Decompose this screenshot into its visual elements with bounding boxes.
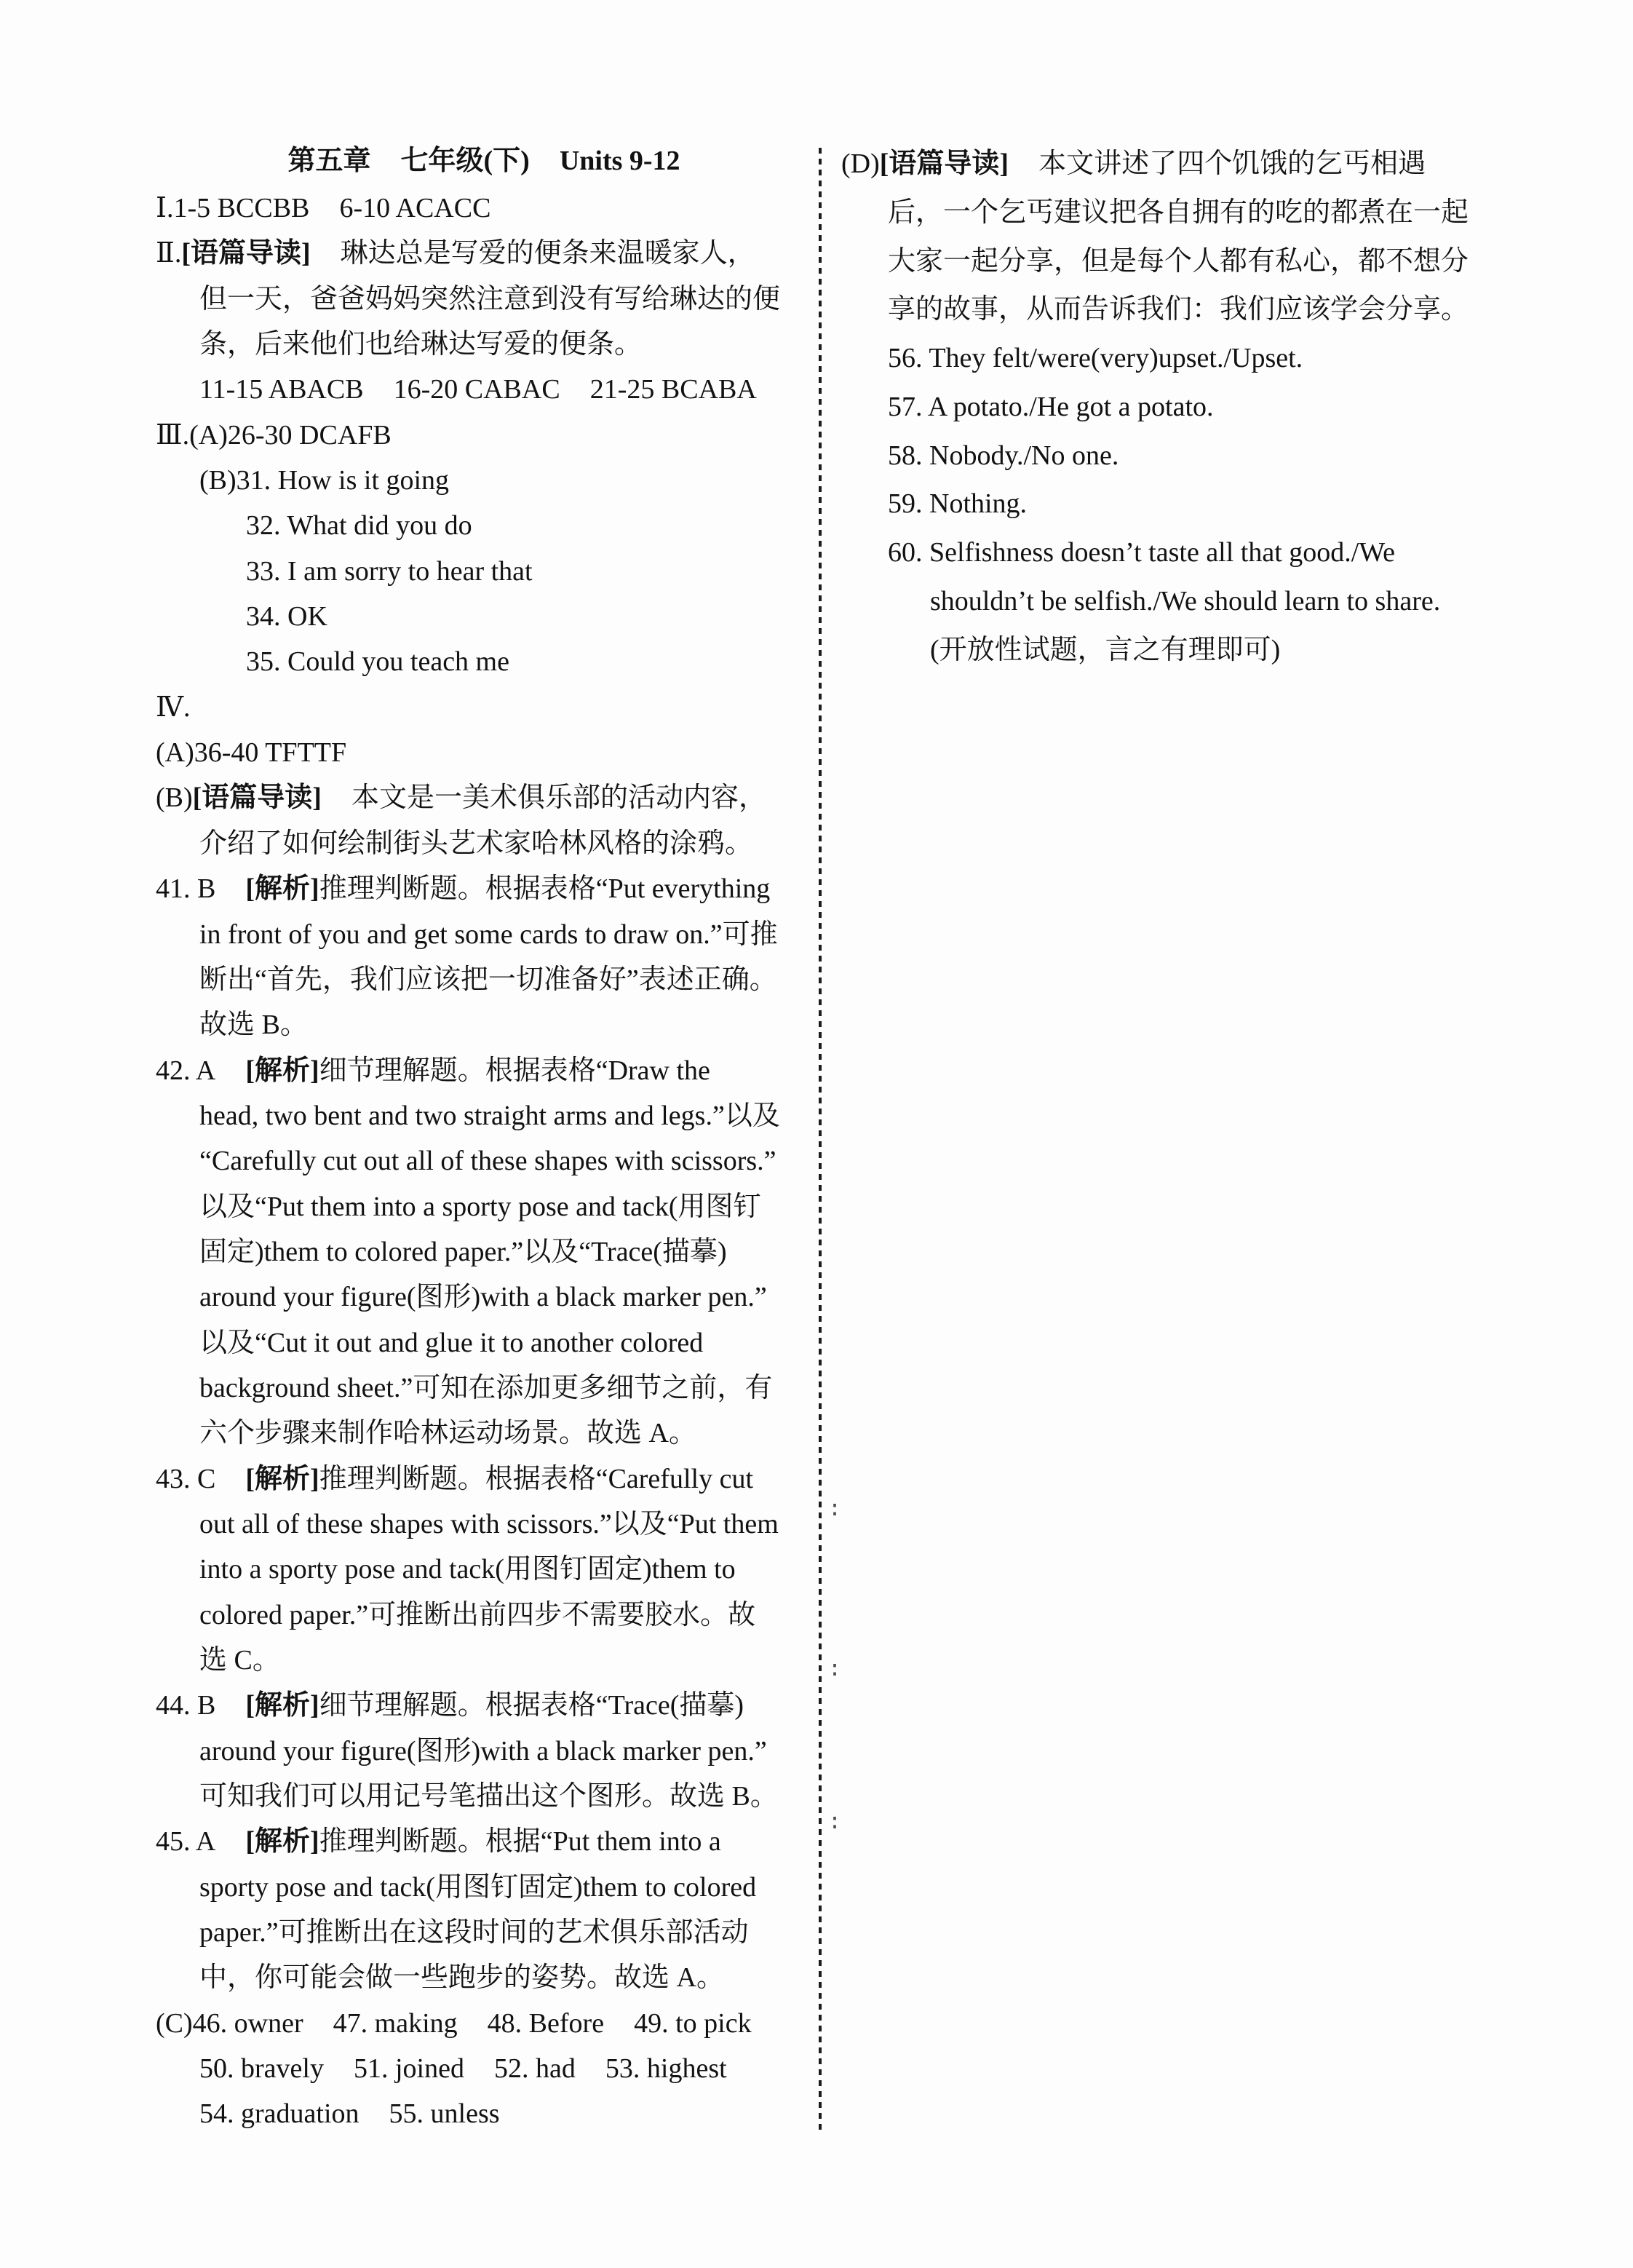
text-segment: (B)31. How is it going: [199, 465, 449, 496]
text-segment: 55. unless: [389, 2098, 500, 2129]
text-segment: colored paper.”可推断出前四步不需要胶水。故: [199, 1600, 755, 1630]
scan-artifact: :: [828, 1498, 841, 1520]
text-line: (C)46. owner47. making48. Before49. to p…: [156, 2001, 814, 2046]
text-segment: Ⅲ.(A)26-30 DCAFB: [156, 420, 392, 451]
text-line: Ⅱ.[语篇导读]琳达总是写爱的便条来温暖家人，: [156, 231, 814, 276]
left-column: Ⅰ.1-5 BCCBB6-10 ACACCⅡ.[语篇导读]琳达总是写爱的便条来温…: [156, 186, 814, 2151]
text-line: 固定)them to colored paper.”以及“Trace(描摹): [156, 1229, 814, 1274]
bold-label: [语篇导读]: [193, 782, 322, 813]
text-segment: 介绍了如何绘制街头艺术家哈林风格的涂鸦。: [199, 828, 752, 859]
text-segment: 以及“Cut it out and glue it to another col…: [199, 1328, 703, 1358]
text-segment: 可知我们可以用记号笔描出这个图形。故选 B。: [199, 1781, 778, 1812]
text-segment: 但一天，爸爸妈妈突然注意到没有写给琳达的便: [199, 284, 780, 314]
text-line: shouldn’t be selfish./We should learn to…: [841, 577, 1503, 626]
text-segment: 中，你可能会做一些跑步的姿势。故选 A。: [199, 1962, 724, 1993]
text-segment: 57. A potato./He got a potato.: [888, 392, 1214, 422]
text-line: 条，后来他们也给琳达写爱的便条。: [156, 322, 814, 367]
text-segment: 条，后来他们也给琳达写爱的便条。: [199, 329, 642, 360]
text-segment: Ⅳ.: [156, 692, 190, 723]
text-line: Ⅰ.1-5 BCCBB6-10 ACACC: [156, 186, 814, 231]
text-segment: 41. B: [156, 873, 215, 904]
text-line: 大家一起分享，但是每个人都有私心，都不想分: [841, 237, 1503, 286]
text-segment: (D): [841, 148, 880, 179]
text-line: 11-15 ABACB16-20 CABAC21-25 BCABA: [156, 367, 814, 412]
scan-artifact: :: [828, 1658, 841, 1680]
text-segment: 故选 B。: [199, 1010, 308, 1040]
text-segment: 53. highest: [605, 2053, 727, 2084]
text-segment: shouldn’t be selfish./We should learn to…: [930, 586, 1440, 616]
text-segment: 49. to pick: [634, 2008, 751, 2039]
text-segment: out all of these shapes with scissors.”以…: [199, 1509, 779, 1539]
text-line: 故选 B。: [156, 1002, 814, 1047]
text-line: (D)[语篇导读]本文讲述了四个饥饿的乞丐相遇: [841, 140, 1503, 189]
text-segment: 细节理解题。根据表格“Trace(描摹): [319, 1690, 744, 1721]
text-line: 以及“Put them into a sporty pose and tack(…: [156, 1184, 814, 1229]
text-segment: around your figure(图形)with a black marke…: [199, 1282, 767, 1312]
text-segment: 54. graduation: [199, 2098, 359, 2129]
text-segment: “Carefully cut out all of these shapes w…: [199, 1146, 776, 1176]
text-segment: 51. joined: [354, 2053, 464, 2084]
text-segment: 50. bravely: [199, 2053, 324, 2084]
text-line: 以及“Cut it out and glue it to another col…: [156, 1320, 814, 1365]
text-line: 六个步骤来制作哈林运动场景。故选 A。: [156, 1411, 814, 1456]
text-line: 断出“首先，我们应该把一切准备好”表述正确。: [156, 957, 814, 1002]
bold-label: 七年级(下): [400, 146, 529, 176]
text-segment: background sheet.”可知在添加更多细节之前，有: [199, 1373, 772, 1403]
column-divider: [819, 148, 822, 2133]
text-line: 33. I am sorry to hear that: [156, 549, 814, 594]
text-segment: 32. What did you do: [246, 510, 472, 541]
text-segment: 大家一起分享，但是每个人都有私心，都不想分: [888, 246, 1469, 277]
text-segment: sporty pose and tack(用图钉固定)them to color…: [199, 1872, 756, 1903]
text-line: (A)36-40 TFTTF: [156, 730, 814, 775]
text-line: 34. OK: [156, 594, 814, 639]
text-line: 可知我们可以用记号笔描出这个图形。故选 B。: [156, 1774, 814, 1819]
text-segment: 后，一个乞丐建议把各自拥有的吃的都煮在一起: [888, 197, 1469, 228]
text-segment: 35. Could you teach me: [246, 646, 509, 677]
text-segment: Ⅱ.: [156, 238, 181, 269]
bold-label: Units 9-12: [560, 146, 680, 176]
text-line: 56. They felt/were(very)upset./Upset.: [841, 334, 1503, 383]
scan-artifact: :: [828, 1811, 841, 1833]
text-line: 选 C。: [156, 1638, 814, 1683]
text-line: 44. B[解析]细节理解题。根据表格“Trace(描摹): [156, 1683, 814, 1728]
text-segment: 33. I am sorry to hear that: [246, 556, 533, 587]
text-segment: 断出“首先，我们应该把一切准备好”表述正确。: [199, 964, 777, 995]
text-segment: 推理判断题。根据“Put them into a: [319, 1826, 721, 1857]
text-line: 60. Selfishness doesn’t taste all that g…: [841, 528, 1503, 577]
text-segment: paper.”可推断出在这段时间的艺术俱乐部活动: [199, 1917, 749, 1948]
text-line: colored paper.”可推断出前四步不需要胶水。故: [156, 1593, 814, 1638]
text-line: (B)[语篇导读]本文是一美术俱乐部的活动内容，: [156, 775, 814, 820]
text-line: 41. B[解析]推理判断题。根据表格“Put everything: [156, 866, 814, 911]
text-line: in front of you and get some cards to dr…: [156, 912, 814, 957]
text-segment: 11-15 ABACB: [199, 374, 364, 405]
text-segment: 59. Nothing.: [888, 488, 1027, 519]
text-line: 32. What did you do: [156, 503, 814, 548]
text-segment: 43. C: [156, 1464, 215, 1494]
scanned-answer-page: { "title": { "line": { "indent": 0, "seg…: [0, 0, 1633, 2268]
text-segment: 45. A: [156, 1826, 215, 1857]
text-segment: 48. Before: [488, 2008, 604, 2039]
text-line: 后，一个乞丐建议把各自拥有的吃的都煮在一起: [841, 189, 1503, 237]
text-line: 42. A[解析]细节理解题。根据表格“Draw the: [156, 1048, 814, 1093]
text-segment: (B): [156, 782, 193, 813]
text-segment: 56. They felt/were(very)upset./Upset.: [888, 343, 1303, 373]
text-segment: into a sporty pose and tack(用图钉固定)them t…: [199, 1554, 736, 1585]
text-segment: 推理判断题。根据表格“Carefully cut: [319, 1464, 753, 1494]
bold-label: [解析]: [245, 873, 319, 904]
text-line: (开放性试题，言之有理即可): [841, 626, 1503, 675]
text-line: (B)31. How is it going: [156, 458, 814, 503]
text-segment: 推理判断题。根据表格“Put everything: [319, 873, 771, 904]
text-line: 54. graduation55. unless: [156, 2091, 814, 2136]
text-segment: head, two bent and two straight arms and…: [199, 1101, 780, 1131]
text-line: 58. Nobody./No one.: [841, 432, 1503, 480]
text-line: 中，你可能会做一些跑步的姿势。故选 A。: [156, 1955, 814, 2000]
text-line: 享的故事，从而告诉我们：我们应该学会分享。: [841, 285, 1503, 334]
text-line: background sheet.”可知在添加更多细节之前，有: [156, 1365, 814, 1411]
text-line: into a sporty pose and tack(用图钉固定)them t…: [156, 1547, 814, 1592]
text-segment: in front of you and get some cards to dr…: [199, 919, 778, 950]
text-segment: 16-20 CABAC: [394, 374, 560, 405]
text-segment: 44. B: [156, 1690, 215, 1721]
text-segment: 34. OK: [246, 601, 327, 632]
text-segment: 本文讲述了四个饥饿的乞丐相遇: [1038, 148, 1426, 179]
text-line: out all of these shapes with scissors.”以…: [156, 1502, 814, 1547]
text-line: “Carefully cut out all of these shapes w…: [156, 1138, 814, 1183]
text-segment: 六个步骤来制作哈林运动场景。故选 A。: [199, 1418, 696, 1448]
text-segment: 琳达总是写爱的便条来温暖家人，: [341, 238, 755, 269]
bold-label: [语篇导读]: [880, 148, 1009, 179]
bold-label: [解析]: [245, 1464, 319, 1494]
text-segment: 52. had: [494, 2053, 576, 2084]
bold-label: [解析]: [245, 1690, 319, 1721]
text-segment: 6-10 ACACC: [339, 193, 490, 223]
text-line: 57. A potato./He got a potato.: [841, 383, 1503, 432]
text-line: 介绍了如何绘制街头艺术家哈林风格的涂鸦。: [156, 821, 814, 866]
text-line: Ⅳ.: [156, 685, 814, 730]
text-line: 第五章七年级(下)Units 9-12: [287, 138, 680, 184]
text-segment: 细节理解题。根据表格“Draw the: [319, 1055, 710, 1086]
text-segment: 本文是一美术俱乐部的活动内容，: [351, 782, 766, 813]
text-segment: 享的故事，从而告诉我们：我们应该学会分享。: [888, 294, 1469, 325]
bold-label: [解析]: [245, 1826, 319, 1857]
text-segment: 21-25 BCABA: [590, 374, 757, 405]
bold-label: [解析]: [245, 1055, 319, 1086]
text-segment: 58. Nobody./No one.: [888, 440, 1119, 471]
text-line: head, two bent and two straight arms and…: [156, 1093, 814, 1138]
text-line: around your figure(图形)with a black marke…: [156, 1274, 814, 1320]
text-segment: (C)46. owner: [156, 2008, 303, 2039]
text-segment: (开放性试题，言之有理即可): [930, 635, 1280, 665]
text-line: sporty pose and tack(用图钉固定)them to color…: [156, 1865, 814, 1910]
text-line: 35. Could you teach me: [156, 639, 814, 684]
text-line: 45. A[解析]推理判断题。根据“Put them into a: [156, 1819, 814, 1864]
text-segment: 60. Selfishness doesn’t taste all that g…: [888, 537, 1395, 568]
page-title: 第五章七年级(下)Units 9-12: [156, 137, 812, 183]
bold-label: [语篇导读]: [181, 238, 310, 269]
text-line: paper.”可推断出在这段时间的艺术俱乐部活动: [156, 1910, 814, 1955]
text-segment: 固定)them to colored paper.”以及“Trace(描摹): [199, 1237, 727, 1267]
text-line: 50. bravely51. joined52. had53. highest: [156, 2046, 814, 2091]
text-line: 59. Nothing.: [841, 480, 1503, 528]
text-line: 43. C[解析]推理判断题。根据表格“Carefully cut: [156, 1456, 814, 1502]
bold-label: 第五章: [287, 146, 370, 176]
right-column: (D)[语篇导读]本文讲述了四个饥饿的乞丐相遇后，一个乞丐建议把各自拥有的吃的都…: [841, 140, 1503, 722]
text-line: 但一天，爸爸妈妈突然注意到没有写给琳达的便: [156, 277, 814, 322]
text-line: around your figure(图形)with a black marke…: [156, 1729, 814, 1774]
text-segment: 以及“Put them into a sporty pose and tack(…: [199, 1192, 761, 1222]
text-segment: 选 C。: [199, 1645, 280, 1676]
text-line: Ⅲ.(A)26-30 DCAFB: [156, 413, 814, 458]
text-segment: Ⅰ.1-5 BCCBB: [156, 193, 309, 223]
text-segment: around your figure(图形)with a black marke…: [199, 1736, 767, 1767]
text-segment: (A)36-40 TFTTF: [156, 737, 346, 768]
text-segment: 42. A: [156, 1055, 215, 1086]
text-segment: 47. making: [333, 2008, 458, 2039]
